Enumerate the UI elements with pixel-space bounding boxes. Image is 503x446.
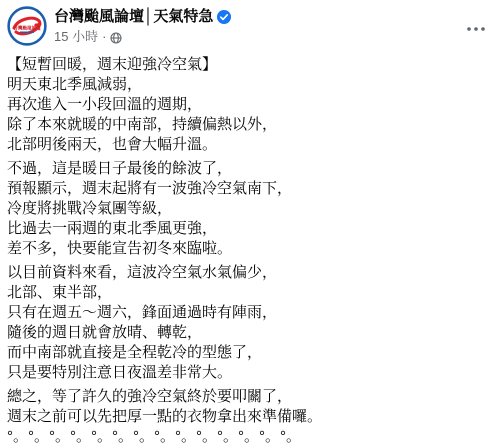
meta-row: 15 小時 · bbox=[54, 29, 231, 45]
verified-badge-icon bbox=[217, 10, 231, 24]
post-line: 週末之前可以先把厚一點的衣物拿出來準備囉。 bbox=[7, 407, 490, 427]
post-line: 不過，這是暖日子最後的餘波了， bbox=[7, 159, 490, 179]
page-avatar[interactable]: 台灣颱風論壇 bbox=[7, 6, 47, 46]
post-paragraph: 以目前資料來看，這波冷空氣水氣偏少，北部、東半部，只有在週五～週六，鋒面通過時有… bbox=[7, 263, 490, 383]
post-paragraph: 【短暫回暖，週末迎強冷空氣】明天東北季風減弱，再次進入一小段回溫的週期，除了本來… bbox=[7, 55, 490, 155]
post-line: 北部明後兩天，也會大幅升溫。 bbox=[7, 135, 490, 155]
post-line: 只是要特別注意日夜溫差非常大。 bbox=[7, 363, 490, 383]
post-line: 而中南部就直接是全程乾冷的型態了， bbox=[7, 343, 490, 363]
meta-separator: · bbox=[102, 29, 106, 45]
post-paragraph: 不過，這是暖日子最後的餘波了，預報顯示，週末起將有一波強冷空氣南下，冷度將挑戰冷… bbox=[7, 159, 490, 259]
post-content: 【短暫回暖，週末迎強冷空氣】明天東北季風減弱，再次進入一小段回溫的週期，除了本來… bbox=[7, 55, 490, 446]
post-line: 以目前資料來看，這波冷空氣水氣偏少， bbox=[7, 263, 490, 283]
more-options-button[interactable] bbox=[462, 16, 490, 40]
post-line: 北部、東半部， bbox=[7, 283, 490, 303]
post-line: 隨後的週日就會放晴、轉乾， bbox=[7, 323, 490, 343]
post-line: 預報顯示，週末起將有一波強冷空氣南下， bbox=[7, 179, 490, 199]
timestamp-link[interactable]: 15 小時 bbox=[54, 29, 98, 45]
post-line: 總之，等了許久的強冷空氣終於要叩關了， bbox=[7, 387, 490, 407]
globe-privacy-icon bbox=[110, 32, 122, 44]
svg-text:台灣颱風論壇: 台灣颱風論壇 bbox=[13, 25, 41, 32]
facebook-post: 台灣颱風論壇 台灣颱風論壇│天氣特急 15 小時 · bbox=[0, 0, 503, 446]
post-line: 明天東北季風減弱， bbox=[7, 75, 490, 95]
post-line: 除了本來就暖的中南部，持續偏熱以外， bbox=[7, 115, 490, 135]
post-header: 台灣颱風論壇 台灣颱風論壇│天氣特急 15 小時 · bbox=[7, 6, 490, 46]
post-line: °。°。°。°。°。°。°。°。°。°。°。°。°。°。 bbox=[7, 427, 490, 446]
page-name-link[interactable]: 台灣颱風論壇│天氣特急 bbox=[54, 7, 213, 26]
header-info: 台灣颱風論壇│天氣特急 15 小時 · bbox=[54, 6, 231, 45]
post-line: 差不多，快要能宣告初冬來臨啦。 bbox=[7, 239, 490, 259]
post-line: 只有在週五～週六，鋒面通過時有陣雨， bbox=[7, 303, 490, 323]
post-line: 【短暫回暖，週末迎強冷空氣】 bbox=[7, 55, 490, 75]
ellipsis-icon bbox=[466, 19, 486, 37]
post-line: 比過去一兩週的東北季風更強， bbox=[7, 219, 490, 239]
post-paragraph: 總之，等了許久的強冷空氣終於要叩關了，週末之前可以先把厚一點的衣物拿出來準備囉。… bbox=[7, 387, 490, 446]
post-line: 冷度將挑戰冷氣團等級， bbox=[7, 199, 490, 219]
typhoon-forum-logo-icon: 台灣颱風論壇 bbox=[7, 33, 47, 46]
name-row: 台灣颱風論壇│天氣特急 bbox=[54, 7, 231, 26]
post-line: 再次進入一小段回溫的週期， bbox=[7, 95, 490, 115]
